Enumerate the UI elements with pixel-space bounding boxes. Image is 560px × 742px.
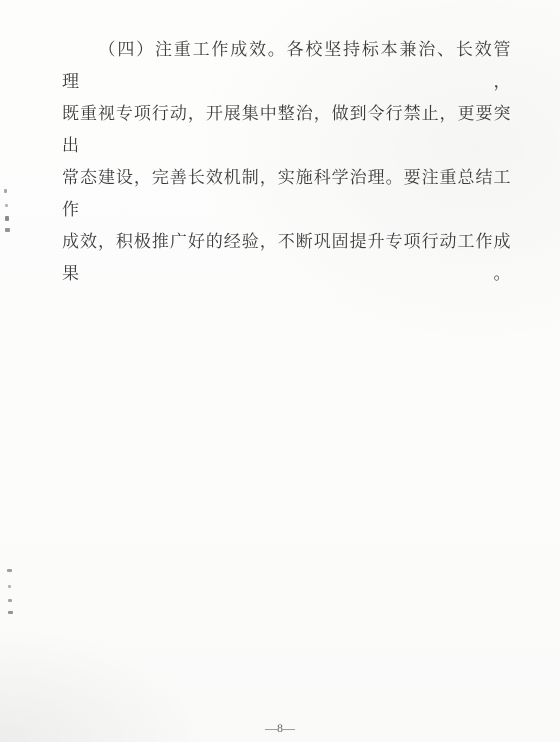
scan-artifact — [8, 611, 13, 614]
scan-artifact — [5, 228, 10, 232]
scan-artifact — [5, 216, 9, 221]
paragraph-line: （四）注重工作成效。各校坚持标本兼治、长效管理， — [62, 34, 511, 98]
scan-artifact — [8, 585, 11, 588]
scan-artifact — [8, 599, 12, 602]
paragraph-line: 常态建设，完善长效机制，实施科学治理。要注重总结工作 — [62, 162, 511, 226]
document-page: （四）注重工作成效。各校坚持标本兼治、长效管理， 既重视专项行动，开展集中整治，… — [0, 0, 560, 742]
paragraph-line: 成效，积极推广好的经验，不断巩固提升专项行动工作成果。 — [62, 226, 511, 290]
page-number: —8— — [0, 721, 560, 736]
scan-artifact — [4, 189, 7, 193]
scan-artifact — [5, 204, 8, 207]
paragraph-line: 既重视专项行动，开展集中整治，做到令行禁止，更要突出 — [62, 98, 511, 162]
paragraph: （四）注重工作成效。各校坚持标本兼治、长效管理， 既重视专项行动，开展集中整治，… — [62, 34, 511, 290]
scan-artifact — [7, 569, 12, 572]
